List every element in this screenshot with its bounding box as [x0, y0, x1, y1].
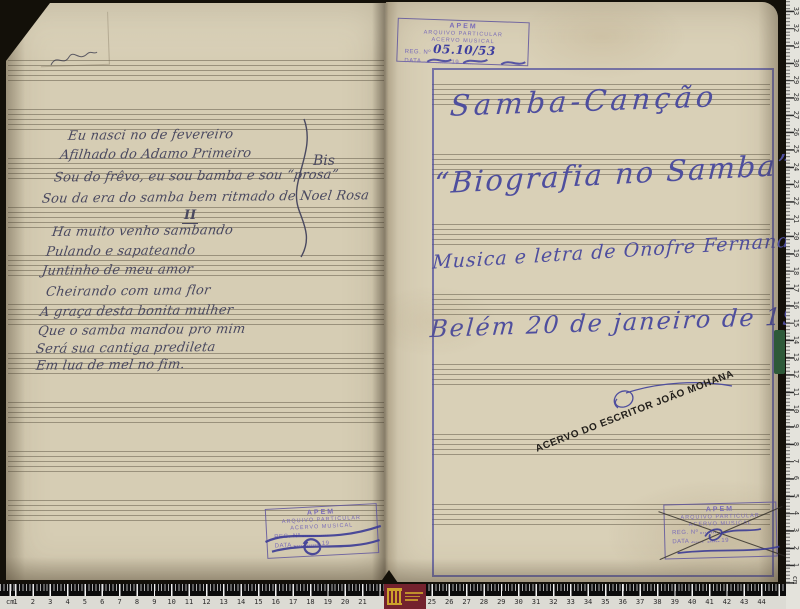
ruler-number: 44 [757, 598, 765, 606]
archive-stamp-bottom-left: APEM ARQUIVO PARTICULAR ACERVO MUSICAL R… [265, 503, 379, 559]
staff-lines [8, 402, 384, 423]
logo-text-lines [405, 592, 423, 601]
ruler-number: 19 [792, 248, 800, 258]
ruler-number: 33 [566, 598, 574, 606]
reg-label: REG. Nº [405, 49, 432, 56]
ruler-number: 11 [792, 387, 800, 397]
ruler-number: 28 [792, 92, 800, 102]
ruler-number: 4 [65, 598, 69, 606]
ruler-number: 31 [532, 598, 540, 606]
staff-lines [8, 451, 384, 472]
ruler-number: 6 [792, 473, 800, 483]
data-label: DATA [275, 543, 292, 550]
ruler-mm-ticks [786, 0, 790, 584]
ruler-number: 16 [272, 598, 280, 606]
ruler-number: 11 [185, 598, 193, 606]
reg-label: REG. Nº [672, 530, 699, 537]
ruler-number: 41 [705, 598, 713, 606]
lyric-line: Será sua cantiga predileta [35, 340, 216, 357]
ruler-number: 9 [792, 421, 800, 431]
ruler-number: 5 [792, 491, 800, 501]
ruler-number: 19 [324, 598, 332, 606]
ruler-number: 25 [428, 598, 436, 606]
blank-line [707, 536, 719, 542]
library-logo [384, 584, 426, 609]
ruler-number: 7 [792, 456, 800, 466]
scanner-mat-green [774, 330, 785, 374]
ruler-number: 13 [219, 598, 227, 606]
ruler-number: 8 [792, 439, 800, 449]
ruler-number: 29 [497, 598, 505, 606]
ruler-number: 27 [462, 598, 470, 606]
bis-brace [286, 117, 320, 259]
ruler-number: 39 [671, 598, 679, 606]
ruler-number: 23 [792, 179, 800, 189]
ruler-number: 15 [792, 318, 800, 328]
data-label: DATA [404, 58, 421, 65]
ruler-number: 17 [289, 598, 297, 606]
ruler-number: 35 [601, 598, 609, 606]
ruler-number: 21 [792, 214, 800, 224]
ruler-number: 37 [636, 598, 644, 606]
ruler-number: 17 [792, 283, 800, 293]
lyric-line: Eu nasci no de fevereiro [67, 127, 234, 144]
blank-line [302, 530, 328, 537]
ruler-number: 28 [480, 598, 488, 606]
ruler-number: 26 [792, 127, 800, 137]
blank-line [700, 527, 726, 534]
ruler-number: 42 [723, 598, 731, 606]
ruler-number: 22 [792, 196, 800, 206]
ruler-number: 40 [688, 598, 696, 606]
ruler-number: 34 [584, 598, 592, 606]
data-label: DATA [672, 539, 689, 545]
ruler-number: 24 [792, 162, 800, 172]
ruler-number: 7 [117, 598, 121, 606]
lyric-line: Afilhado do Adamo Primeiro [59, 146, 252, 163]
ink-scribble-mark [48, 43, 100, 73]
ruler-number: 33 [792, 6, 800, 16]
lyric-line: Cheirando com uma flor [45, 283, 211, 300]
lyric-line: Sou da era do samba bem ritmado de Noel … [41, 188, 370, 206]
lyric-line: Ha muito venho sambando [51, 223, 234, 240]
ruler-number: 5 [83, 598, 87, 606]
ruler-number: 16 [792, 300, 800, 310]
ruler-number: 32 [792, 23, 800, 33]
blank-line [423, 57, 449, 64]
lyric-line: Pulando e sapateando [45, 243, 196, 260]
data-year-prefix: 19 [322, 541, 330, 547]
ruler-number: 30 [514, 598, 522, 606]
lyric-line: Em lua de mel no fim. [35, 357, 186, 374]
ruler-number: 2 [31, 598, 35, 606]
blank-line [691, 536, 703, 542]
ruler-number: 18 [792, 266, 800, 276]
ruler-number: 29 [792, 75, 800, 85]
ruler-number: 21 [358, 598, 366, 606]
ruler-number: 1 [13, 598, 17, 606]
right-page: Samba-Canção “Biografia no Samba” Musica… [386, 2, 778, 582]
ruler-number: 36 [619, 598, 627, 606]
scanned-spread: Eu nasci no de fevereiroAfilhado do Adam… [0, 0, 800, 609]
blank-line [294, 539, 320, 546]
ruler-number: 20 [341, 598, 349, 606]
bottom-ruler: cm 1234567891011121314151617181920212526… [0, 584, 786, 609]
ruler-number: 14 [792, 335, 800, 345]
reg-value-handwritten: 05.10/53 [433, 42, 496, 58]
ruler-number: 14 [237, 598, 245, 606]
ruler-number: 32 [549, 598, 557, 606]
right-ruler: 1234567891011121314151617181920212223242… [786, 0, 800, 609]
ruler-number: 20 [792, 231, 800, 241]
ruler-number: 4 [792, 508, 800, 518]
left-page: Eu nasci no de fevereiroAfilhado do Adam… [6, 3, 386, 580]
archive-stamp-top: APEM ARQUIVO PARTICULAR ACERVO MUSICAL R… [396, 18, 529, 67]
ruler-number: 6 [100, 598, 104, 606]
ruler-number: 31 [792, 40, 800, 50]
ruler-number: 12 [792, 369, 800, 379]
ruler-number: 43 [740, 598, 748, 606]
ruler-number: 10 [792, 404, 800, 414]
ruler-number: 10 [167, 598, 175, 606]
ruler-number: 13 [792, 352, 800, 362]
ruler-number: 3 [792, 525, 800, 535]
ruler-number: 25 [792, 144, 800, 154]
ruler-unit-label: cm [791, 576, 799, 584]
ruler-number: 12 [202, 598, 210, 606]
archive-stamp-bottom-right: APEM ARQUIVO PARTICULAR ACERVO MUSICAL R… [663, 502, 777, 560]
ruler-number: 38 [653, 598, 661, 606]
ruler-number: 9 [152, 598, 156, 606]
ruler-number: 8 [135, 598, 139, 606]
ruler-number: 1 [792, 560, 800, 570]
lyric-line: A graça desta bonita mulher [39, 303, 234, 320]
ruler-number: 3 [48, 598, 52, 606]
data-year-prefix: 19 [721, 538, 729, 544]
lyric-line: Que o samba mandou pro mim [37, 322, 246, 339]
ruler-number: 27 [792, 110, 800, 120]
data-year-prefix: 19 [451, 60, 459, 66]
stanza-2-heading: II [182, 208, 198, 224]
bis-label: Bis [313, 153, 335, 169]
ruler-number: 18 [306, 598, 314, 606]
blank-line [461, 58, 473, 64]
lyric-line: Juntinho de meu amor [41, 262, 194, 279]
ruler-number: 15 [254, 598, 262, 606]
ruler-number: 30 [792, 58, 800, 68]
building-icon [387, 588, 402, 605]
ruler-number: 2 [792, 543, 800, 553]
ruler-number: 26 [445, 598, 453, 606]
